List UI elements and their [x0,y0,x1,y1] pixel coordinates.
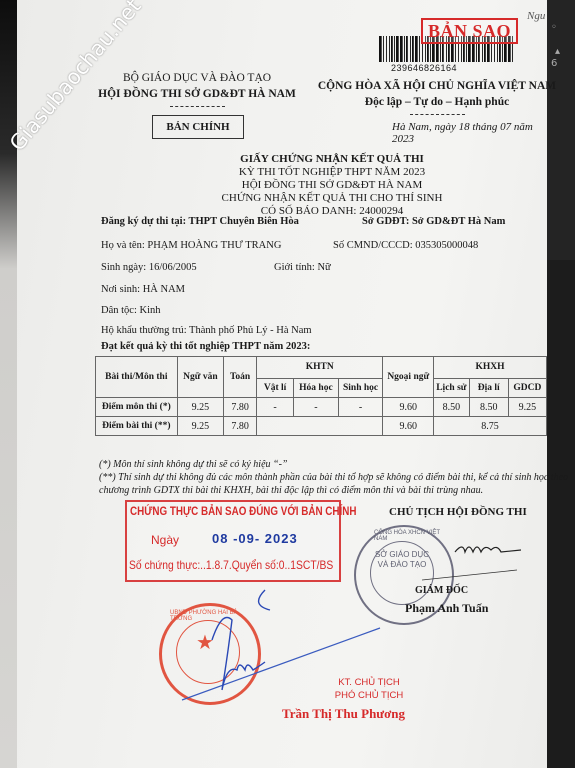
signer-title: CHỦ TỊCH HỘI ĐỒNG THI [389,506,527,518]
score-cell: 9.25 [177,398,223,417]
stamp-date-label: Ngày [151,533,179,547]
header-cell: Ngữ văn [177,357,223,398]
header-cell: Toán [224,357,257,398]
signer-name: Phạm Anh Tuấn [405,601,488,616]
score-cell: 7.80 [224,398,257,417]
row-label: Điểm môn thi (*) [96,398,178,417]
certifier-title: KT. CHỦ TỊCH PHÓ CHỦ TỊCH [314,676,424,702]
score-cell: 9.60 [383,417,434,436]
title-line: CHỨNG NHẬN KẾT QUẢ THI CHO THÍ SINH [177,192,487,205]
score-cell [257,417,383,436]
title-line: HỘI ĐỒNG THI SỞ GD&ĐT HÀ NAM [177,179,487,192]
stamp-cert-number: Số chứng thực:..1.8.7.Quyển số:0..1SCT/B… [129,558,333,572]
candidate-residence: Hộ khẩu thường trú: Thành phố Phủ Lý - H… [101,325,312,336]
candidate-gender: Giới tính: Nữ [274,262,331,273]
row-label: Điểm bài thi (**) [96,417,178,436]
title-line: KỲ THI TỐT NGHIỆP THPT NĂM 2023 [177,166,487,179]
copy-stamp: BẢN SAO [421,18,518,44]
score-cell: 9.60 [383,398,434,417]
ministry-name: BỘ GIÁO DỤC VÀ ĐÀO TẠO [87,70,307,86]
candidate-ethnicity: Dân tộc: Kinh [101,305,161,316]
score-cell: 8.50 [434,398,470,417]
certificate-title: GIẤY CHỨNG NHẬN KẾT QUẢ THI KỲ THI TỐT N… [177,153,487,218]
original-copy-box: BẢN CHÍNH [152,115,244,139]
header-cell: Hóa học [294,378,339,397]
key-label: ◦ [551,22,557,33]
score-cell: 7.80 [224,417,257,436]
table-row: Điểm môn thi (*) 9.25 7.80 - - - 9.60 8.… [96,398,547,417]
header-cell: Bài thi/Môn thi [96,357,178,398]
star-icon: ★ [196,630,214,655]
score-cell: 9.25 [177,417,223,436]
header-cell: Ngoại ngữ [383,357,434,398]
score-table: Bài thi/Môn thi Ngữ văn Toán KHTN Ngoại … [95,356,547,436]
score-cell: - [338,398,383,417]
divider [170,106,225,108]
certification-stamp: CHỨNG THỰC BẢN SAO ĐÚNG VỚI BẢN CHÍNH Ng… [125,500,341,582]
stamp-date: 08 -09- 2023 [212,531,298,546]
council-name: HỘI ĐỒNG THI SỞ GD&ĐT HÀ NAM [87,86,307,102]
registration-site: Đăng ký dự thi tại: THPT Chuyên Biên Hòa [101,216,299,227]
header-cell: Địa lí [469,378,508,397]
candidate-birthplace: Nơi sinh: HÀ NAM [101,284,185,295]
results-heading: Đạt kết quả kỳ thi tốt nghiệp THPT năm 2… [101,341,310,352]
header-cell: Sinh học [338,378,383,397]
key-label: 6 [551,58,557,69]
footnote: (**) Thí sinh dự thi không đủ các môn th… [99,471,569,497]
header-cell: KHTN [257,357,383,379]
place-date: Hà Nam, ngày 18 tháng 07 năm 2023 [392,121,547,145]
footnotes: (*) Môn thí sinh không dự thi sẽ có ký h… [99,458,569,497]
score-cell: 8.75 [434,417,547,436]
certifier-line: KT. CHỦ TỊCH [314,676,424,689]
stamp-heading: CHỨNG THỰC BẢN SAO ĐÚNG VỚI BẢN CHÍNH [130,504,356,518]
candidate-name: Họ và tên: PHẠM HOÀNG THƯ TRANG [101,240,281,251]
title-main: GIẤY CHỨNG NHẬN KẾT QUẢ THI [177,153,487,166]
nation-name: CỘNG HÒA XÃ HỘI CHỦ NGHĨA VIỆT NAM [317,78,557,94]
issuer-header: BỘ GIÁO DỤC VÀ ĐÀO TẠO HỘI ĐỒNG THI SỞ G… [87,70,307,108]
certificate-document: BỘ GIÁO DỤC VÀ ĐÀO TẠO HỘI ĐỒNG THI SỞ G… [17,0,547,768]
score-cell: 8.50 [469,398,508,417]
handwritten-note: Ngu [527,10,545,22]
certifier-name: Trần Thị Thu Phương [282,706,405,722]
seal-ring-text: CỘNG HÒA XHCN VIỆT NAM [374,530,452,542]
candidate-id: Số CMND/CCCD: 035305000048 [333,240,478,251]
score-cell: - [257,398,294,417]
key-label: ▴ [555,46,560,57]
table-row: Điểm bài thi (**) 9.25 7.80 9.60 8.75 [96,417,547,436]
header-cell: Lịch sử [434,378,470,397]
department: Sở GDĐT: Sở GD&ĐT Hà Nam [362,216,505,227]
candidate-dob: Sinh ngày: 16/06/2005 [101,262,197,273]
score-cell: - [294,398,339,417]
score-cell: 9.25 [508,398,546,417]
table-header-row: Bài thi/Môn thi Ngữ văn Toán KHTN Ngoại … [96,357,547,379]
barcode-number: 239646826164 [391,63,457,73]
header-cell: Vật lí [257,378,294,397]
national-header: CỘNG HÒA XÃ HỘI CHỦ NGHĨA VIỆT NAM Độc l… [317,78,557,116]
national-motto: Độc lập – Tự do – Hạnh phúc [317,94,557,110]
certifier-line: PHÓ CHỦ TỊCH [314,689,424,702]
header-cell: KHXH [434,357,547,379]
header-cell: GDCD [508,378,546,397]
signer-position: GIÁM ĐỐC [415,585,468,596]
footnote: (*) Môn thí sinh không dự thi sẽ có ký h… [99,458,569,471]
ward-seal: UBND PHƯỜNG HAI BÀ TRƯNG ★ [159,603,261,705]
divider [410,114,465,116]
